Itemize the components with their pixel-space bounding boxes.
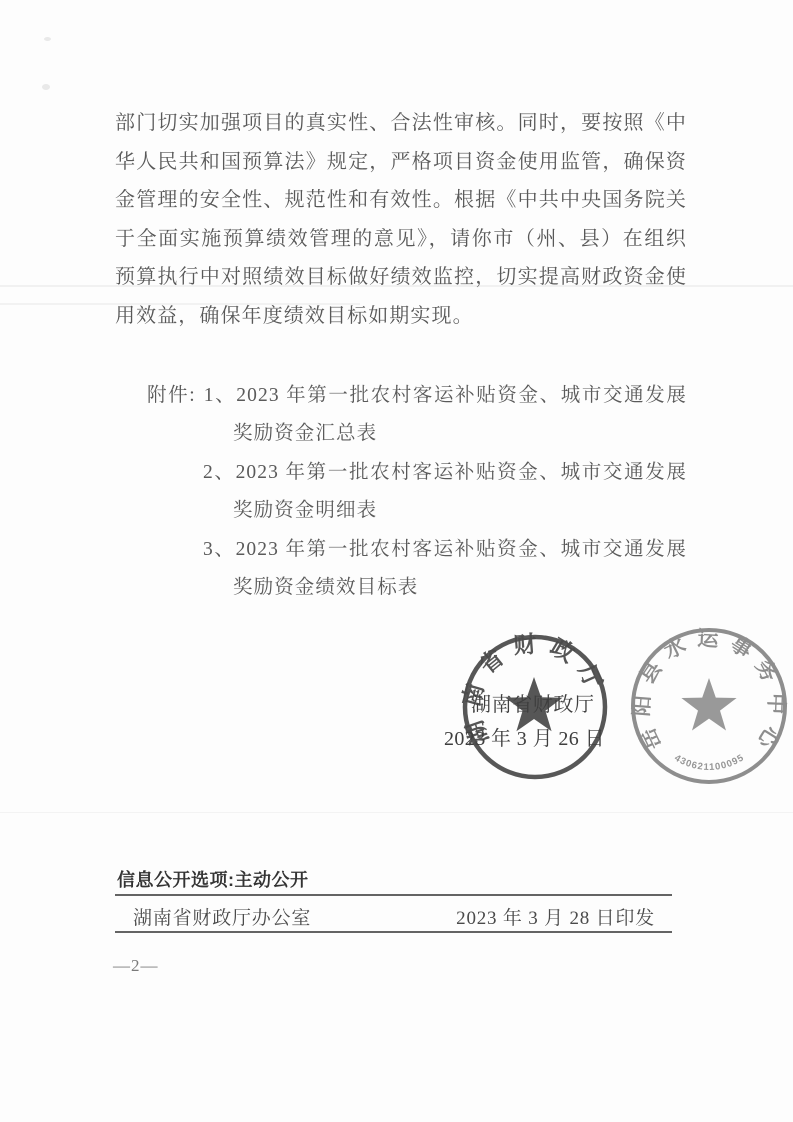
- attachments-section: 附件:1、2023 年第一批农村客运补贴资金、城市交通发展 奖励资金汇总表 2、…: [147, 377, 687, 607]
- disclosure-option-label: 信息公开选项:主动公开: [117, 866, 309, 892]
- attachment-title: 2、2023 年第一批农村客运补贴资金、城市交通发展: [147, 462, 687, 483]
- body-line: 华人民共和国预算法》规定，严格项目资金使用监管，确保资: [115, 143, 687, 182]
- scan-artifact-line: [0, 812, 793, 813]
- scan-speck: [42, 84, 50, 90]
- attachment-item: 3、2023 年第一批农村客运补贴资金、城市交通发展: [147, 531, 687, 569]
- body-line: 部门切实加强项目的真实性、合法性审核。同时，要按照《中: [115, 104, 687, 143]
- scan-speck: [44, 37, 51, 41]
- attachment-title-continued: 奖励资金汇总表: [147, 415, 687, 453]
- issue-date: 2023 年 3 月 26 日: [444, 722, 624, 751]
- attachment-title-continued: 奖励资金绩效目标表: [147, 569, 687, 607]
- document-body: 部门切实加强项目的真实性、合法性审核。同时，要按照《中 华人民共和国预算法》规定…: [115, 104, 687, 336]
- footer-row: 湖南省财政厅办公室 2023 年 3 月 28 日印发: [133, 903, 655, 930]
- body-line: 用效益，确保年度绩效目标如期实现。: [115, 297, 687, 336]
- attachment-title-continued: 奖励资金明细表: [147, 492, 687, 530]
- attachments-label: 附件:: [147, 385, 196, 406]
- body-line: 预算执行中对照绩效目标做好绩效监控，切实提高财政资金使: [115, 258, 687, 297]
- issuing-office: 湖南省财政厅办公室: [133, 903, 311, 930]
- attachment-title: 3、2023 年第一批农村客运补贴资金、城市交通发展: [147, 539, 687, 560]
- attachment-item: 附件:1、2023 年第一批农村客运补贴资金、城市交通发展: [147, 377, 687, 415]
- body-line: 金管理的安全性、规范性和有效性。根据《中共中央国务院关: [115, 181, 687, 220]
- print-date: 2023 年 3 月 28 日印发: [456, 903, 655, 930]
- footer-divider: [115, 931, 672, 933]
- issuer-name: 湖南省财政厅: [471, 688, 597, 717]
- body-line: 于全面实施预算绩效管理的意见》，请你市（州、县）在组织: [115, 220, 687, 259]
- footer-divider: [115, 894, 672, 896]
- attachment-title: 1、2023 年第一批农村客运补贴资金、城市交通发展: [204, 385, 687, 406]
- attachment-item: 2、2023 年第一批农村客运补贴资金、城市交通发展: [147, 454, 687, 492]
- page-number: —2—: [113, 956, 159, 976]
- official-seal-water-transport-center: 岳阳县水运事务中心 43062110009588: [627, 622, 793, 790]
- star-icon: [681, 678, 736, 731]
